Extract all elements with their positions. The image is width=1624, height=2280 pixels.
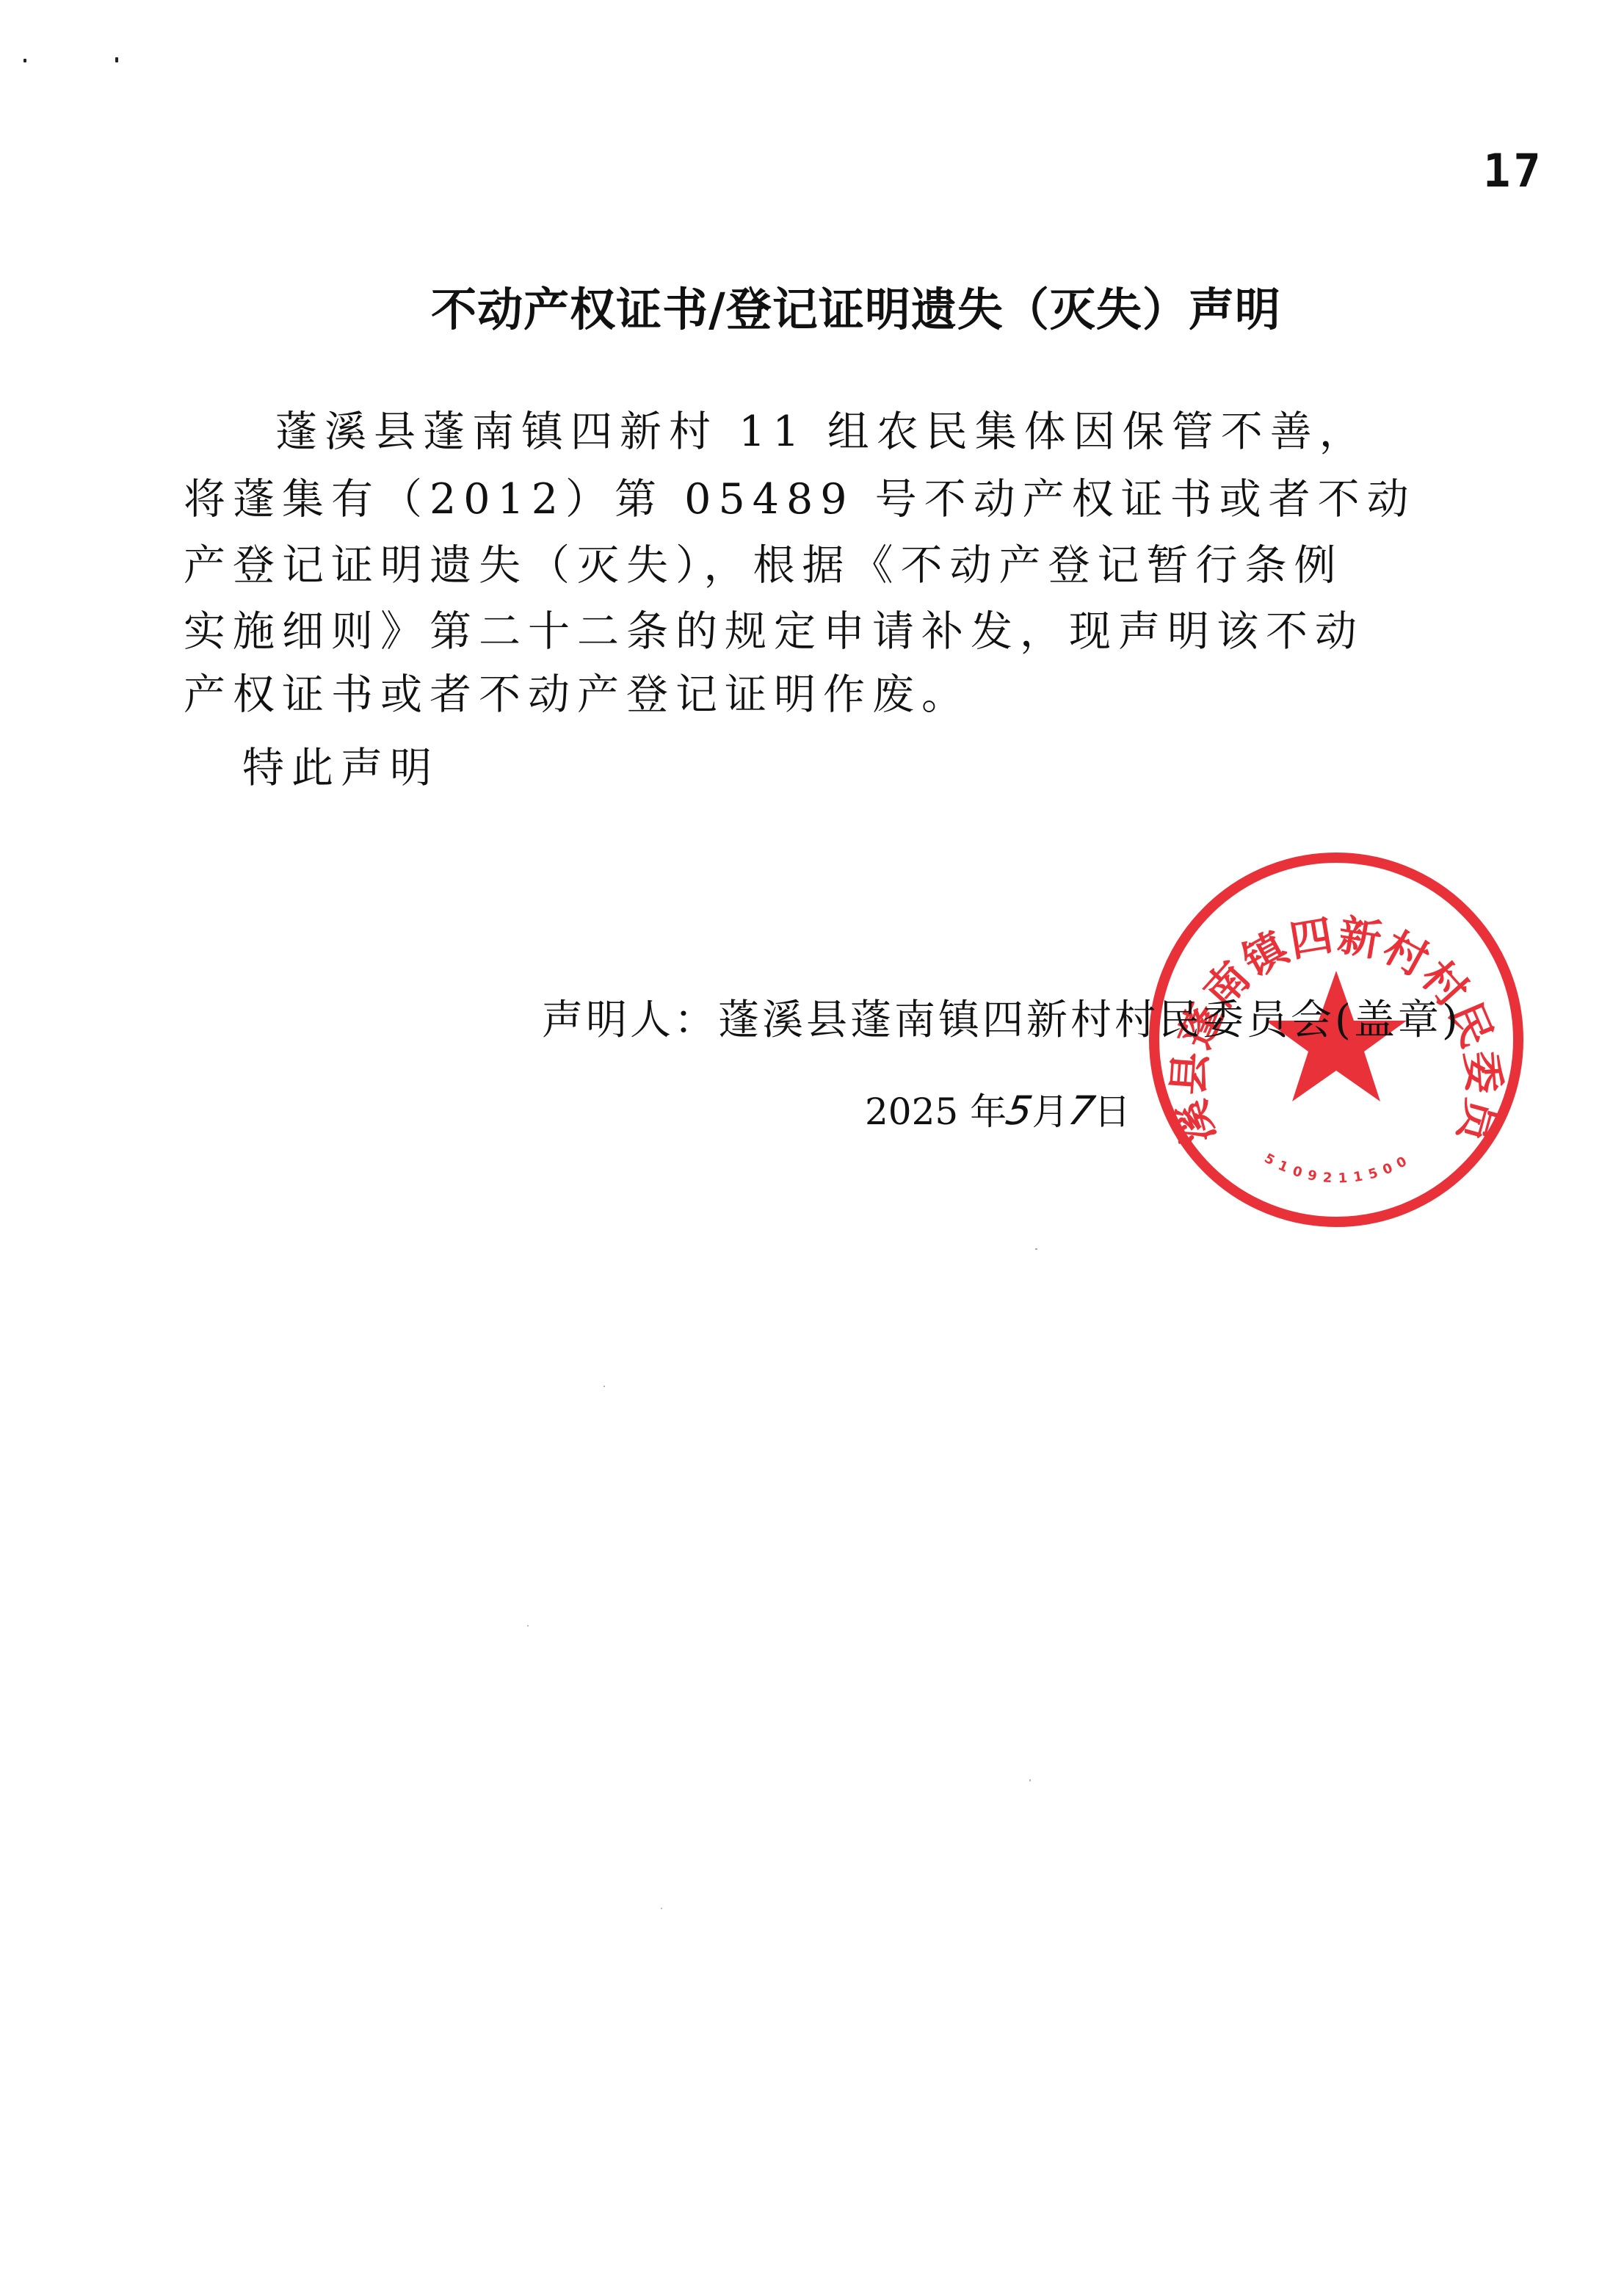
body-line: 产登记证明遗失（灭失），根据《不动产登记暂行条例 bbox=[184, 545, 1344, 587]
scan-speck bbox=[527, 1625, 529, 1626]
date-day-label: 日 bbox=[1094, 1090, 1131, 1133]
declarant-signature: 声明人：蓬溪县蓬南镇四新村村民委员会(盖章) bbox=[542, 988, 1461, 1046]
date-year: 2025 年 bbox=[865, 1090, 1007, 1133]
date-month-label: 月 bbox=[1032, 1090, 1069, 1133]
scan-speck bbox=[661, 1908, 662, 1909]
body-line: 产权证书或者不动产登记证明作废。 bbox=[184, 674, 971, 716]
date-day-handwritten: 7 bbox=[1065, 1087, 1098, 1134]
scan-speck bbox=[1035, 1248, 1037, 1250]
declaration-date: 2025 年5月7日 bbox=[865, 1082, 1131, 1135]
scan-speck bbox=[603, 1386, 605, 1387]
closing-phrase: 特此声明 bbox=[242, 734, 439, 795]
page-number: 17 bbox=[1483, 144, 1544, 198]
scan-speck bbox=[1029, 1779, 1031, 1781]
scan-speck bbox=[23, 59, 26, 62]
body-line: 将蓬集有（2012）第 05489 号不动产权证书或者不动 bbox=[184, 479, 1416, 521]
body-line: 实施细则》第二十二条的规定申请补发，现声明该不动 bbox=[184, 611, 1364, 653]
date-month-handwritten: 5 bbox=[1003, 1087, 1036, 1134]
document-title: 不动产权证书/登记证明遗失（灭失）声明 bbox=[0, 273, 1624, 339]
seal-code-text: 5109211500 bbox=[1261, 1151, 1415, 1187]
scan-speck bbox=[115, 57, 118, 62]
svg-text:5109211500: 5109211500 bbox=[1261, 1151, 1415, 1187]
body-line: 蓬溪县蓬南镇四新村 11 组农民集体因保管不善， bbox=[275, 411, 1369, 453]
